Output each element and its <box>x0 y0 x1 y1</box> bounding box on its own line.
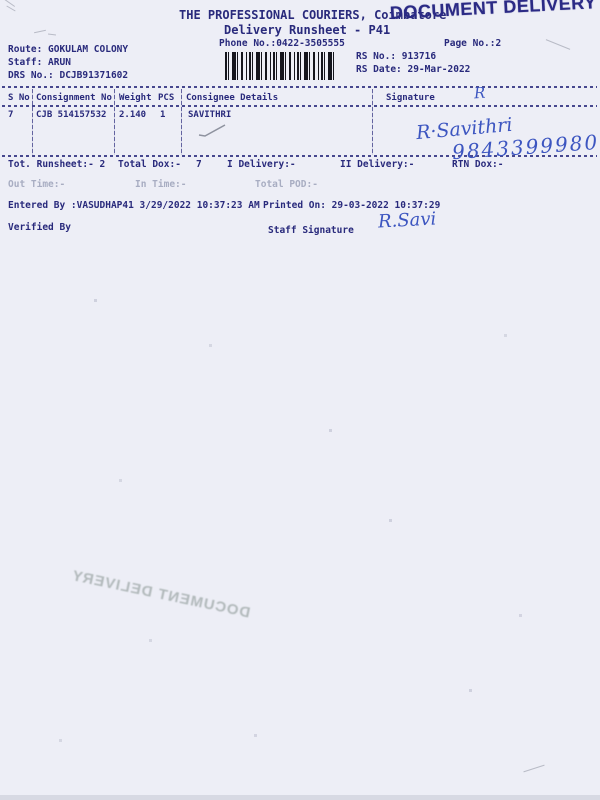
verified-by-label: Verified By <box>8 223 71 233</box>
barcode <box>225 52 337 80</box>
pencil-mark <box>34 30 46 33</box>
pencil-mark <box>523 765 544 773</box>
total-dox-value: 7 <box>196 160 202 170</box>
document-delivery-stamp-bleedthrough: DOCUMENT DELIVERY <box>62 565 251 621</box>
rtn-dox-label: RTN Dox:- <box>452 160 503 170</box>
column-separator <box>181 89 182 155</box>
scan-noise <box>0 0 1 1</box>
rs-date: RS Date: 29-Mar-2022 <box>356 65 470 75</box>
cell-pcs: 1 <box>160 111 165 121</box>
column-separator <box>32 89 33 155</box>
route-label: Route: GOKULAM COLONY <box>8 45 128 55</box>
cell-consignment: CJB 514157532 <box>36 111 106 121</box>
document-subtitle: Delivery Runsheet - P41 <box>224 24 390 37</box>
second-delivery-label: II Delivery:- <box>340 160 414 170</box>
handwritten-staff-signature: R.Savi <box>377 208 436 232</box>
total-runsheet: Tot. Runsheet:- 2 <box>8 160 105 170</box>
col-header-sno: S No <box>8 94 30 104</box>
phone-number: Phone No.:0422-3505555 <box>219 39 345 49</box>
pencil-mark <box>546 39 570 50</box>
divider-line <box>2 86 597 88</box>
page-number: Page No.:2 <box>444 39 501 49</box>
col-header-signature: Signature <box>386 94 435 104</box>
col-header-weight: Weight <box>119 94 152 104</box>
total-pod-label: Total POD:- <box>255 180 318 190</box>
col-header-pcs: PCS <box>158 94 174 104</box>
total-dox-label: Total Dox:- <box>118 160 181 170</box>
rs-number: RS No.: 913716 <box>356 52 436 62</box>
column-separator <box>114 89 115 155</box>
in-time-label: In Time:- <box>135 180 186 190</box>
divider-line <box>2 105 597 107</box>
staff-label: Staff: ARUN <box>8 58 71 68</box>
entered-by: Entered By :VASUDHAP41 3/29/2022 10:37:2… <box>8 201 260 211</box>
drs-number: DRS No.: DCJB91371602 <box>8 71 128 81</box>
cell-weight: 2.140 <box>119 111 146 121</box>
column-separator <box>372 89 373 155</box>
scanned-delivery-runsheet: THE PROFESSIONAL COURIERS, Coimbatore De… <box>0 0 600 800</box>
col-header-consignment: Consignment No <box>36 94 112 104</box>
col-header-consignee: Consignee Details <box>186 94 278 104</box>
first-delivery-label: I Delivery:- <box>227 160 296 170</box>
staff-signature-label: Staff Signature <box>268 226 354 236</box>
cell-sno: 7 <box>8 111 13 121</box>
scan-edge-shadow <box>0 795 600 800</box>
pencil-mark <box>48 33 56 35</box>
checkmark-mark <box>196 121 228 139</box>
handwritten-initial: R <box>473 84 486 103</box>
out-time-label: Out Time:- <box>8 180 65 190</box>
document-delivery-stamp: DOCUMENT DELIVERY <box>389 0 597 24</box>
cell-consignee: SAVITHRI <box>188 111 231 121</box>
